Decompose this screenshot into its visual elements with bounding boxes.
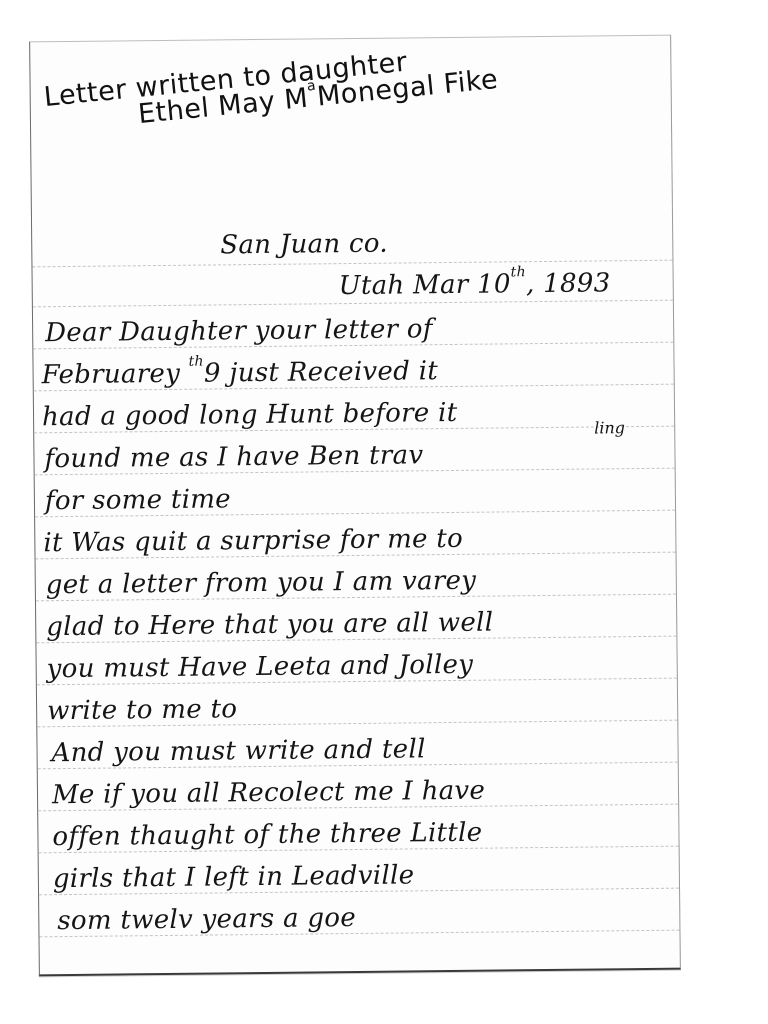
body-line-6: it Was quit a surprise for me to: [43, 524, 463, 558]
scan-canvas: Letter written to daughter Ethel May MaM…: [0, 0, 768, 1024]
place-date-line: Utah Mar 10th, 1893: [339, 268, 611, 301]
body-line-9: you must Have Leeta and Jolley: [47, 650, 474, 684]
body-line-15: som twelv years a goe: [57, 903, 356, 936]
date-ordinal: th: [511, 265, 526, 281]
trav-interline: ling: [594, 418, 625, 437]
body-line-8: glad to Here that you are all well: [46, 608, 493, 643]
ruled-line: [32, 260, 672, 268]
body-line-14: girls that I left in Leadville: [53, 860, 415, 894]
place-line-1: San Juan co.: [220, 229, 388, 261]
body-line-11: And you must write and tell: [51, 734, 425, 768]
body-line-10: write to me to: [47, 694, 237, 726]
body-line-2: Februarey th9 just Received it: [41, 356, 438, 390]
body-line-4: found me as I have Ben trav: [44, 440, 423, 474]
body-line-13: offen thaught of the three Little: [52, 818, 482, 853]
date-year: , 1893: [526, 268, 611, 299]
received-text: just Received it: [229, 356, 438, 388]
body-line-7: get a letter from you I am varey: [46, 566, 477, 601]
feb-day: 9: [204, 358, 221, 388]
letter-page: Letter written to daughter Ethel May MaM…: [29, 35, 681, 977]
feb-ordinal: th: [189, 354, 204, 370]
annotation-mc-sup: a: [306, 78, 317, 95]
place-date-text: Utah Mar 10: [339, 269, 511, 301]
body-line-3: had a good long Hunt before it: [42, 398, 458, 432]
month-text: Februarey: [41, 359, 180, 390]
annotation-mc: M: [283, 83, 310, 116]
body-line-1: Dear Daughter your letter of: [45, 314, 433, 348]
body-line-5: for some time: [45, 484, 231, 516]
body-line-12: Me if you all Recolect me I have: [52, 776, 485, 811]
